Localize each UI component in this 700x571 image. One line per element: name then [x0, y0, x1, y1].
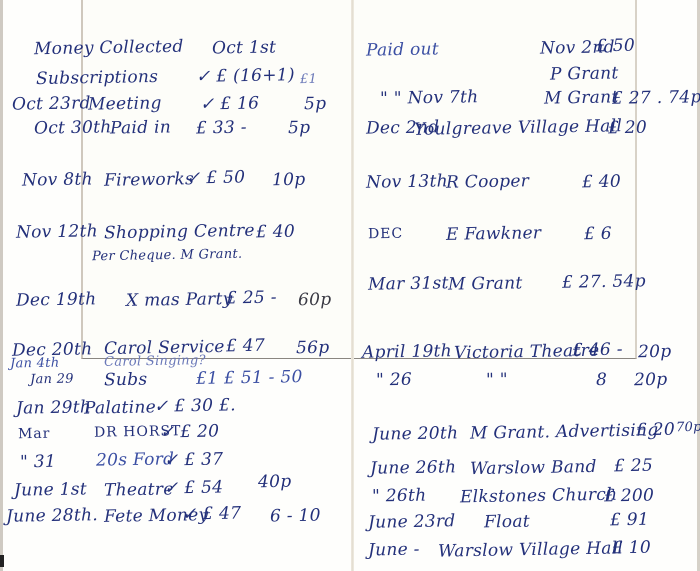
- entry-description: Subscriptions: [36, 67, 159, 89]
- entry-description: 20s Ford: [96, 449, 175, 470]
- entry-date: Mar: [18, 426, 51, 443]
- entry-date: Jan 29: [30, 372, 74, 388]
- page-edge-left: [0, 0, 3, 571]
- entry-amount: £ 47: [226, 336, 265, 357]
- entry-amount: ✓ £ (16+1): [196, 65, 295, 87]
- entry-date: Mar 31st: [368, 273, 449, 294]
- entry-description: " ": [486, 370, 508, 390]
- entry-amount: £ 20: [608, 118, 647, 139]
- entry-description: M Grant: [448, 273, 523, 294]
- entry-pence: 60p: [298, 290, 332, 311]
- entry-date: Nov 12th: [16, 221, 98, 242]
- entry-amount: ✓ £ 47: [182, 503, 242, 524]
- entry-amount: £ 10: [612, 538, 651, 559]
- entry-note: Per Cheque. M Grant.: [92, 247, 243, 265]
- entry-date: Nov 13th: [366, 171, 448, 192]
- entry-amount: ✓ £ 20: [160, 421, 220, 442]
- entry-description: Paid in: [110, 117, 171, 138]
- heading-amount: £ 50: [596, 36, 635, 57]
- entry-amount: £ 27. 54p: [562, 271, 646, 292]
- entry-amount: £ 200: [604, 486, 655, 507]
- entry-date: June 1st: [14, 479, 87, 500]
- entry-pence: 5p: [288, 118, 311, 138]
- entry-description: Youlgreave Village Hall: [414, 116, 622, 140]
- entry-description: Float: [484, 512, 530, 533]
- entry-date: June -: [368, 540, 420, 561]
- page-fold: [351, 0, 354, 571]
- entry-description: Shopping Centre: [104, 221, 255, 244]
- entry-amount: £1 £ 51 - 50: [196, 367, 303, 389]
- binding-mark: [0, 555, 4, 567]
- entry-date: June 26th: [370, 457, 457, 479]
- entry-date: June 28th.: [6, 505, 98, 527]
- entry-pence: 56p: [296, 338, 330, 359]
- entry-description: Warslow Village Hall: [438, 538, 624, 561]
- heading-paid-out: Paid out: [366, 39, 439, 60]
- heading-note: P Grant: [550, 63, 619, 84]
- entry-note: £1: [300, 72, 317, 87]
- entry-amount: £ 40: [582, 172, 621, 193]
- entry-date: Oct 30th: [34, 117, 112, 138]
- entry-amount: £ 33 -: [196, 118, 247, 139]
- entry-amount: ✓ £ 16: [200, 93, 260, 114]
- entry-description: M Grant: [544, 87, 619, 108]
- entry-pence: 20p: [638, 342, 672, 363]
- entry-date: " " Nov 7th: [380, 87, 479, 109]
- entry-date: June 23rd: [368, 511, 456, 533]
- entry-amount: 8: [596, 370, 607, 390]
- entry-date: Oct 23rd: [12, 93, 91, 114]
- entry-description: Carol Singing?: [104, 353, 206, 370]
- entry-amount: £ 40: [256, 222, 295, 243]
- entry-date: DEC: [368, 226, 403, 243]
- entry-amount: ✓ £ 37: [164, 449, 224, 470]
- entry-description: Palatine: [84, 397, 156, 418]
- entry-amount: £ 6: [584, 224, 612, 244]
- entry-date: " 26th: [372, 486, 427, 507]
- entry-amount: £ 91: [610, 510, 649, 531]
- entry-amount: £ 25: [614, 456, 653, 477]
- entry-description: Subs: [104, 370, 148, 391]
- entry-amount: ✓ £ 30 £.: [154, 395, 236, 416]
- entry-amount: ✓ £ 54: [164, 477, 224, 498]
- entry-pence: 20p: [634, 370, 668, 391]
- entry-amount: ✓ £ 50: [186, 167, 246, 188]
- entry-pence: 10p: [272, 170, 306, 191]
- entry-date: April 19th: [362, 341, 452, 363]
- ledger-spread: Money Collected Oct 1st Subscriptions ✓ …: [0, 0, 700, 571]
- entry-description: Meeting: [88, 93, 162, 114]
- entry-description: Warslow Band: [470, 457, 597, 479]
- entry-description: E Fawkner: [446, 223, 542, 245]
- entry-description: M Grant. Advertising: [470, 420, 659, 443]
- entry-amount: £ 27 . 74p: [612, 87, 700, 109]
- entry-date: " 26: [376, 370, 412, 391]
- entry-date: Jan 29th: [16, 397, 91, 418]
- entry-description: X mas Party: [126, 289, 233, 311]
- entry-date: June 20th: [372, 423, 459, 445]
- entry-date: Nov 8th: [22, 169, 93, 190]
- entry-pence: 6 - 10: [270, 506, 321, 527]
- entry-description: Fireworks: [104, 169, 194, 191]
- entry-amount: £ 20: [636, 420, 675, 441]
- heading-money-collected: Money Collected: [34, 37, 184, 60]
- entry-date: " 31: [20, 452, 56, 473]
- entry-description: R Cooper: [446, 171, 529, 192]
- entry-date: Dec 19th: [16, 289, 97, 310]
- entry-pence: 5p: [304, 94, 327, 114]
- entry-description: Elkstones Church: [460, 485, 618, 508]
- entry-pence: 40p: [258, 472, 292, 493]
- entry-amount: £ 46 -: [572, 340, 623, 361]
- entry-pence: 70p: [676, 420, 700, 435]
- entry-date: Jan 4th: [10, 356, 60, 372]
- entry-amount: £ 25 -: [226, 288, 277, 309]
- heading-date: Oct 1st: [212, 37, 277, 58]
